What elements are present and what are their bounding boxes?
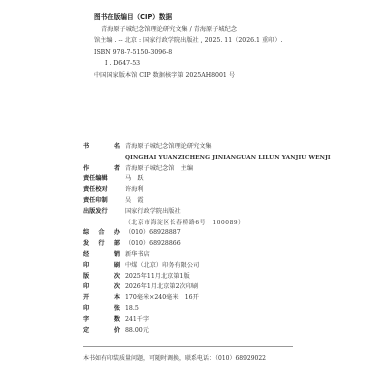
value-printer: 中煤（北京）印务有限公司: [125, 261, 199, 272]
label-format: 开本: [83, 293, 120, 304]
separator-line: [83, 346, 293, 347]
value-distribution-dept: （010）68928866: [125, 239, 181, 250]
publication-info: 书名 青海原子城纪念馆理论研究文集 QINGHAI YUANZICHENG JI…: [83, 142, 343, 336]
label-editor: 责任编辑: [83, 174, 120, 185]
label-printing: 印次: [83, 282, 120, 293]
cip-block: 图书在版编目（CIP）数据 青海原子城纪念馆理论研究文集 / 青海原子城纪念 馆…: [63, 12, 353, 82]
value-word-count: 241千字: [125, 315, 149, 326]
row-editor: 责任编辑 马 跃: [83, 174, 343, 185]
cip-title: 图书在版编目（CIP）数据: [94, 12, 353, 24]
label-print-supervisor: 责任印制: [83, 196, 120, 207]
value-pinyin-title: QINGHAI YUANZICHENG JINIANGUAN LILUN YAN…: [125, 153, 331, 164]
label-author: 作者: [83, 164, 120, 175]
value-author: 青海原子城纪念馆 主编: [125, 164, 193, 175]
label-edition: 版次: [83, 272, 120, 283]
row-price: 定价 88.00元: [83, 326, 343, 337]
value-book-title: 青海原子城纪念馆理论研究文集: [125, 142, 212, 153]
value-print-supervisor: 吴 霞: [125, 196, 144, 207]
row-publisher: 出版发行 国家行政学院出版社: [83, 207, 343, 218]
label-sheets: 印张: [83, 304, 120, 315]
row-distributor: 经销 新华书店: [83, 250, 343, 261]
cip-line-title: 青海原子城纪念馆理论研究文集 / 青海原子城纪念: [101, 24, 353, 36]
row-address: （北京市海淀区长春桥路6号 100089）: [83, 218, 343, 229]
label-proofreader: 责任校对: [83, 185, 120, 196]
value-general-office: （010）68928887: [125, 228, 181, 239]
label-printer: 印刷: [83, 261, 120, 272]
value-distributor: 新华书店: [125, 250, 150, 261]
row-author: 作者 青海原子城纪念馆 主编: [83, 164, 343, 175]
row-format: 开本 170毫米×240毫米 16开: [83, 293, 343, 304]
value-editor: 马 跃: [125, 174, 144, 185]
label-book-title: 书名: [83, 142, 120, 153]
value-proofreader: 许海利: [125, 185, 144, 196]
label-distribution-dept: 发行部: [83, 239, 120, 250]
row-print-supervisor: 责任印制 吴 霞: [83, 196, 343, 207]
row-proofreader: 责任校对 许海利: [83, 185, 343, 196]
value-sheets: 18.5: [125, 304, 139, 315]
label-word-count: 字数: [83, 315, 120, 326]
row-distribution-dept: 发行部 （010）68928866: [83, 239, 343, 250]
quality-notice: 本书如有印装质量问题，可随时调换，联系电话：（010）68929022: [83, 353, 266, 362]
cip-line-publisher: 馆主编 . -- 北京 : 国家行政学院出版社 , 2025. 11（2026.…: [94, 35, 353, 47]
row-printing: 印次 2026年1月北京第2次印刷: [83, 282, 343, 293]
row-word-count: 字数 241千字: [83, 315, 343, 326]
row-printer: 印刷 中煤（北京）印务有限公司: [83, 261, 343, 272]
cip-line-isbn: ISBN 978-7-5150-3096-8: [94, 47, 353, 59]
row-general-office: 综合办 （010）68928887: [83, 228, 343, 239]
label-price: 定价: [83, 326, 120, 337]
value-publisher: 国家行政学院出版社: [125, 207, 181, 218]
cip-line-record-number: 中国国家版本馆 CIP 数据核字第 2025AH8001 号: [94, 70, 353, 82]
label-general-office: 综合办: [83, 228, 120, 239]
row-book-title: 书名 青海原子城纪念馆理论研究文集: [83, 142, 343, 153]
row-edition: 版次 2025年11月北京第1版: [83, 272, 343, 283]
label-distributor: 经销: [83, 250, 120, 261]
cip-line-classification: Ⅰ . D647-53: [105, 58, 353, 70]
row-pinyin-title: QINGHAI YUANZICHENG JINIANGUAN LILUN YAN…: [83, 153, 343, 164]
value-address: （北京市海淀区长春桥路6号 100089）: [125, 218, 245, 229]
value-price: 88.00元: [125, 326, 149, 337]
row-sheets: 印张 18.5: [83, 304, 343, 315]
value-edition: 2025年11月北京第1版: [125, 272, 190, 283]
value-printing: 2026年1月北京第2次印刷: [125, 282, 198, 293]
label-publisher: 出版发行: [83, 207, 120, 218]
value-format: 170毫米×240毫米 16开: [125, 293, 199, 304]
